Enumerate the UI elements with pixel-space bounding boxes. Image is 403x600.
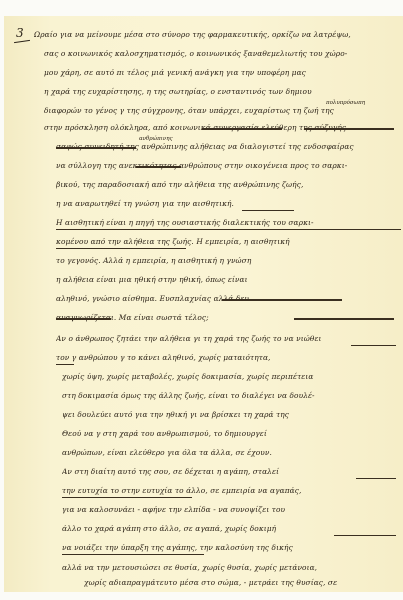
manuscript-line: βικού, της παραδοσιακή από την αλήθεια τ… xyxy=(56,180,401,189)
manuscript-line: χωρίς ύψη, χωρίς μεταβολές, χωρίς δοκιμα… xyxy=(62,372,402,381)
manuscript-line: Αν στη διαίτη αυτό της σου, σε δέχεται η… xyxy=(62,467,402,476)
underline-mark xyxy=(56,229,401,230)
manuscript-line-underlined: Η αισθητική είναι η πηγή της ουσιαστικής… xyxy=(56,218,401,227)
underline-mark xyxy=(356,478,396,479)
manuscript-line-underlined: κομένου από την αλήθεια της ζωής. Η εμπε… xyxy=(56,237,401,246)
manuscript-line: να σύλλογη της ανεκτικότητας ανθρώπους σ… xyxy=(56,161,401,170)
manuscript-line: τον γ ανθρώπου γ το κάνει αληθινό, χωρίς… xyxy=(56,353,401,362)
strikethrough-mark xyxy=(304,128,394,130)
underline-mark xyxy=(62,497,192,498)
manuscript-line: Ωραίο για να μείνουμε μέσα στο σύνορο τη… xyxy=(34,30,399,39)
manuscript-line: αλλά να την μετουσιώσει σε θυσία, χωρίς … xyxy=(62,563,402,572)
manuscript-line: την ευτυχία το στην ευτυχία το άλλο, σε … xyxy=(62,486,402,495)
manuscript-line: ανθρώπων, είναι ελεύθερο για όλα τα άλλα… xyxy=(62,448,402,457)
manuscript-line: διαφορών το γένος γ της σύγχρονης, όταν … xyxy=(44,106,399,115)
page-number-underline xyxy=(14,40,30,43)
manuscript-line: για να καλοσυνάει - αφήνε την ελπίδα - ν… xyxy=(62,505,402,514)
strikethrough-mark xyxy=(202,128,282,130)
strikethrough-mark xyxy=(56,147,136,149)
page-number: 3 xyxy=(16,26,24,40)
manuscript-line: στη δοκιμασία όμως της άλλης ζωής, είναι… xyxy=(62,391,402,400)
underline-mark xyxy=(242,210,294,211)
manuscript-line: η αλήθεια είναι μια ηθική στην ηθική, όπ… xyxy=(56,275,401,284)
manuscript-line: η χαρά της ευχαρίστησης, η της σωτηρίας,… xyxy=(44,87,399,96)
manuscript-line: ψει δουλεύει αυτό για την ηθική γι να βρ… xyxy=(62,410,402,419)
underline-mark xyxy=(56,248,186,249)
underline-mark xyxy=(62,554,204,555)
manuscript-line: άλλο το χαρά αγάπη στο άλλο, σε αγαπά, χ… xyxy=(62,524,402,533)
manuscript-page: 3 Ωραίο για να μείνουμε μέσα στο σύνορο … xyxy=(4,16,403,592)
strikethrough-mark xyxy=(136,166,181,168)
underline-mark xyxy=(351,345,396,346)
underline-mark xyxy=(56,364,74,365)
manuscript-line: Αν ο άνθρωπος ζητάει την αλήθεια γι τη χ… xyxy=(56,334,401,343)
manuscript-line: χωρίς αδιαπραγμάτευτο μέσα στο σώμα, - μ… xyxy=(84,578,402,587)
manuscript-line: το γεγονός. Αλλά η εμπειρία, η αισθητική… xyxy=(56,256,401,265)
manuscript-line: η να αναρωτηθεί τη γνώση για την αισθητι… xyxy=(56,199,401,208)
strikethrough-mark xyxy=(56,318,111,320)
underline-mark xyxy=(334,535,396,536)
manuscript-line: σας ο κοινωνικός καλοσχηματισμός, ο κοιν… xyxy=(44,49,399,58)
manuscript-line: μου χάρη, σε αυτό πι τέλος μιά γενική αν… xyxy=(44,68,399,77)
manuscript-line: να νοιάζει την ύπαρξη της αγάπης, την κα… xyxy=(62,543,402,552)
strikethrough-mark xyxy=(294,318,394,320)
manuscript-line: Θεού να γ στη χαρά του ανθρωπισμού, το δ… xyxy=(62,429,402,438)
strikethrough-mark xyxy=(222,299,342,301)
